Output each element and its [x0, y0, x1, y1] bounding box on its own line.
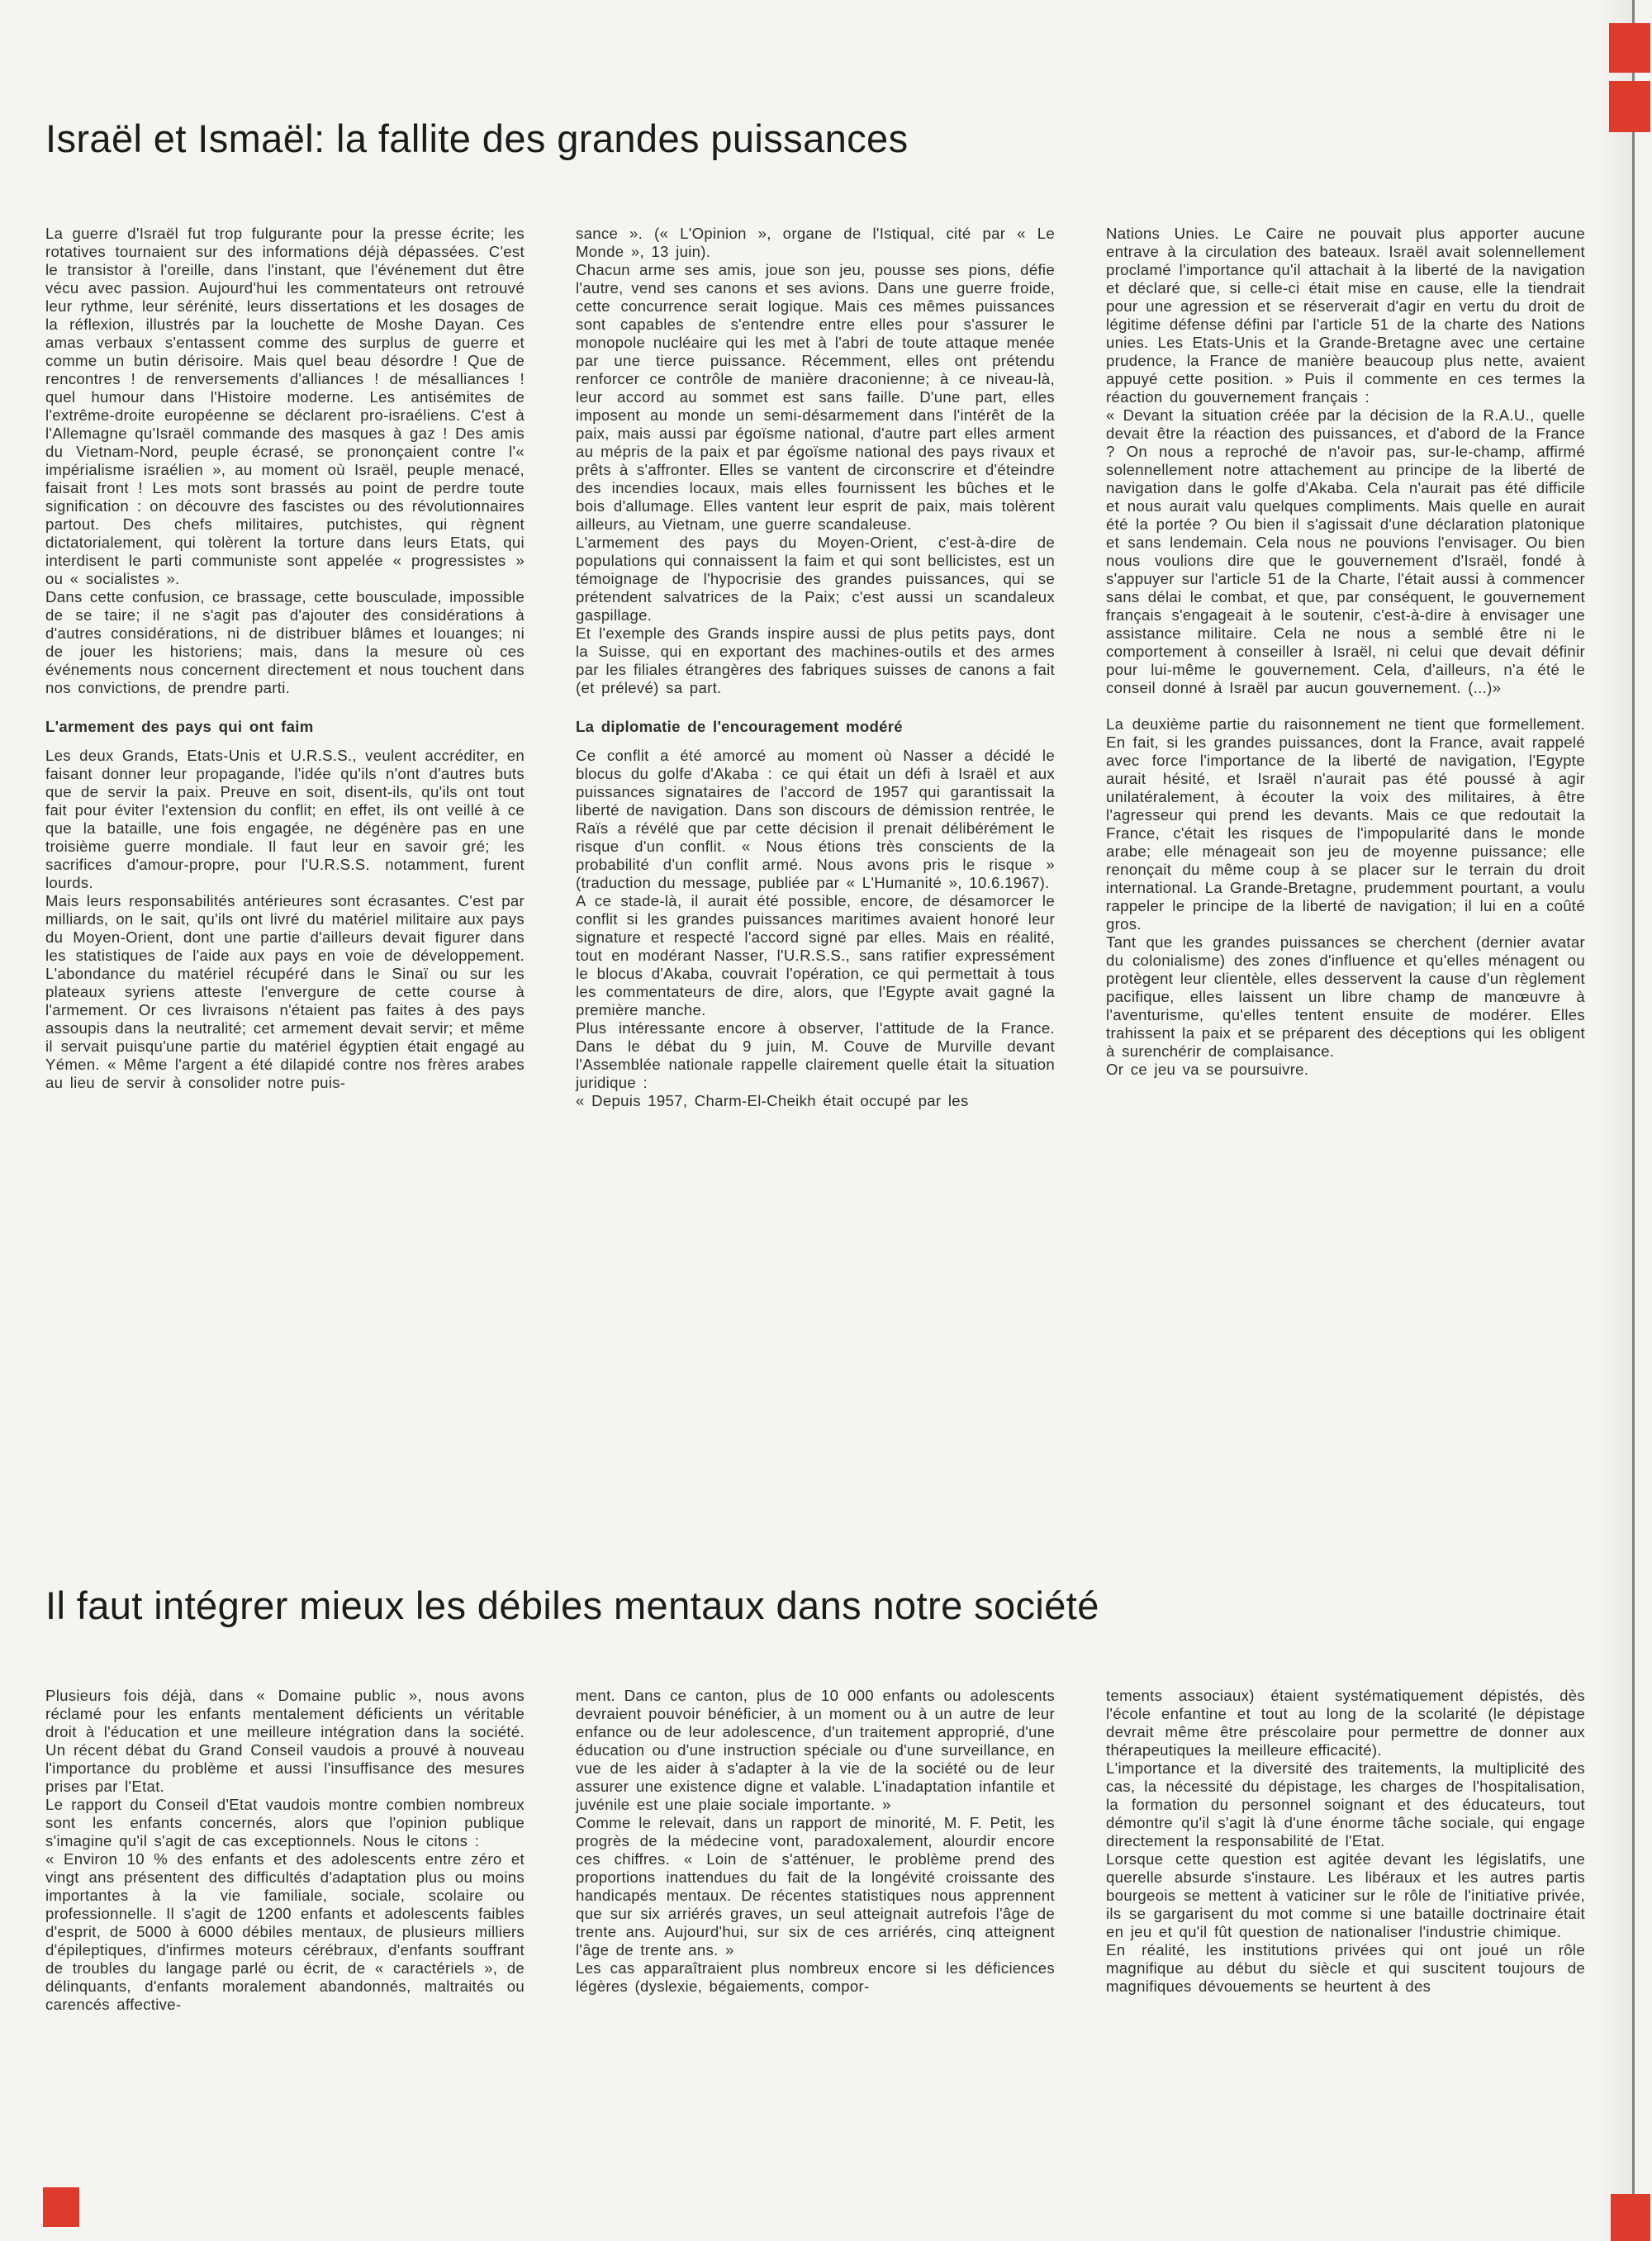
- article1-subhead-diplomatie: La diplomatie de l'encouragement modéré: [576, 718, 1055, 736]
- article2-title: Il faut intégrer mieux les débiles menta…: [45, 1583, 1099, 1628]
- article2-column-2: ment. Dans ce canton, plus de 10 000 enf…: [576, 1687, 1055, 1996]
- body-paragraph: Plusieurs fois déjà, dans « Domaine publ…: [45, 1687, 525, 1796]
- body-paragraph: Lorsque cette question est agitée devant…: [1106, 1850, 1585, 1941]
- body-paragraph: L'armement des pays du Moyen-Orient, c'e…: [576, 534, 1055, 624]
- body-paragraph: Plus intéressante encore à observer, l'a…: [576, 1019, 1055, 1092]
- article1-subhead-armement: L'armement des pays qui ont faim: [45, 718, 525, 736]
- article1-column-2: sance ». (« L'Opinion », organe de l'Ist…: [576, 225, 1055, 1110]
- article1-column-1: La guerre d'Israël fut trop fulgurante p…: [45, 225, 525, 1092]
- body-paragraph: En réalité, les institutions privées qui…: [1106, 1941, 1585, 1996]
- body-paragraph: Les deux Grands, Etats-Unis et U.R.S.S.,…: [45, 747, 525, 892]
- body-paragraph: « Environ 10 % des enfants et des adoles…: [45, 1850, 525, 2014]
- body-paragraph: L'importance et la diversité des traitem…: [1106, 1759, 1585, 1850]
- body-paragraph: La guerre d'Israël fut trop fulgurante p…: [45, 225, 525, 588]
- body-paragraph: Tant que les grandes puissances se cherc…: [1106, 933, 1585, 1061]
- article2-column-1: Plusieurs fois déjà, dans « Domaine publ…: [45, 1687, 525, 2014]
- red-crop-mark-top-right-2: [1609, 81, 1650, 132]
- body-paragraph: tements associaux) étaient systématiquem…: [1106, 1687, 1585, 1759]
- red-crop-mark-bottom-right: [1611, 2194, 1650, 2241]
- red-crop-mark-top-right-1: [1609, 23, 1650, 73]
- body-paragraph: Les cas apparaîtraient plus nombreux enc…: [576, 1959, 1055, 1996]
- body-paragraph: A ce stade-là, il aurait été possible, e…: [576, 892, 1055, 1019]
- red-crop-mark-bottom-left: [43, 2187, 79, 2227]
- body-paragraph: Ce conflit a été amorcé au moment où Nas…: [576, 747, 1055, 892]
- scan-edge-shade: [1601, 0, 1632, 2241]
- body-paragraph: « Depuis 1957, Charm-El-Cheikh était occ…: [576, 1092, 1055, 1110]
- body-paragraph: Le rapport du Conseil d'Etat vaudois mon…: [45, 1796, 525, 1850]
- body-paragraph: « Devant la situation créée par la décis…: [1106, 406, 1585, 697]
- body-paragraph: Et l'exemple des Grands inspire aussi de…: [576, 624, 1055, 697]
- body-paragraph: Comme le relevait, dans un rapport de mi…: [576, 1814, 1055, 1959]
- newspaper-page: Israël et Ismaël: la fallite des grandes…: [0, 0, 1652, 2241]
- article1-title: Israël et Ismaël: la fallite des grandes…: [45, 116, 909, 161]
- article2-column-3: tements associaux) étaient systématiquem…: [1106, 1687, 1585, 1996]
- body-paragraph: La deuxième partie du raisonnement ne ti…: [1106, 715, 1585, 933]
- body-paragraph: ment. Dans ce canton, plus de 10 000 enf…: [576, 1687, 1055, 1814]
- scan-edge-line: [1632, 0, 1635, 2241]
- article1-column-3: Nations Unies. Le Caire ne pouvait plus …: [1106, 225, 1585, 1079]
- body-paragraph: sance ». (« L'Opinion », organe de l'Ist…: [576, 225, 1055, 261]
- body-paragraph: Or ce jeu va se poursuivre.: [1106, 1061, 1585, 1079]
- body-paragraph: Mais leurs responsabilités antérieures s…: [45, 892, 525, 1092]
- body-paragraph: Nations Unies. Le Caire ne pouvait plus …: [1106, 225, 1585, 406]
- body-paragraph: Chacun arme ses amis, joue son jeu, pous…: [576, 261, 1055, 534]
- body-paragraph: Dans cette confusion, ce brassage, cette…: [45, 588, 525, 697]
